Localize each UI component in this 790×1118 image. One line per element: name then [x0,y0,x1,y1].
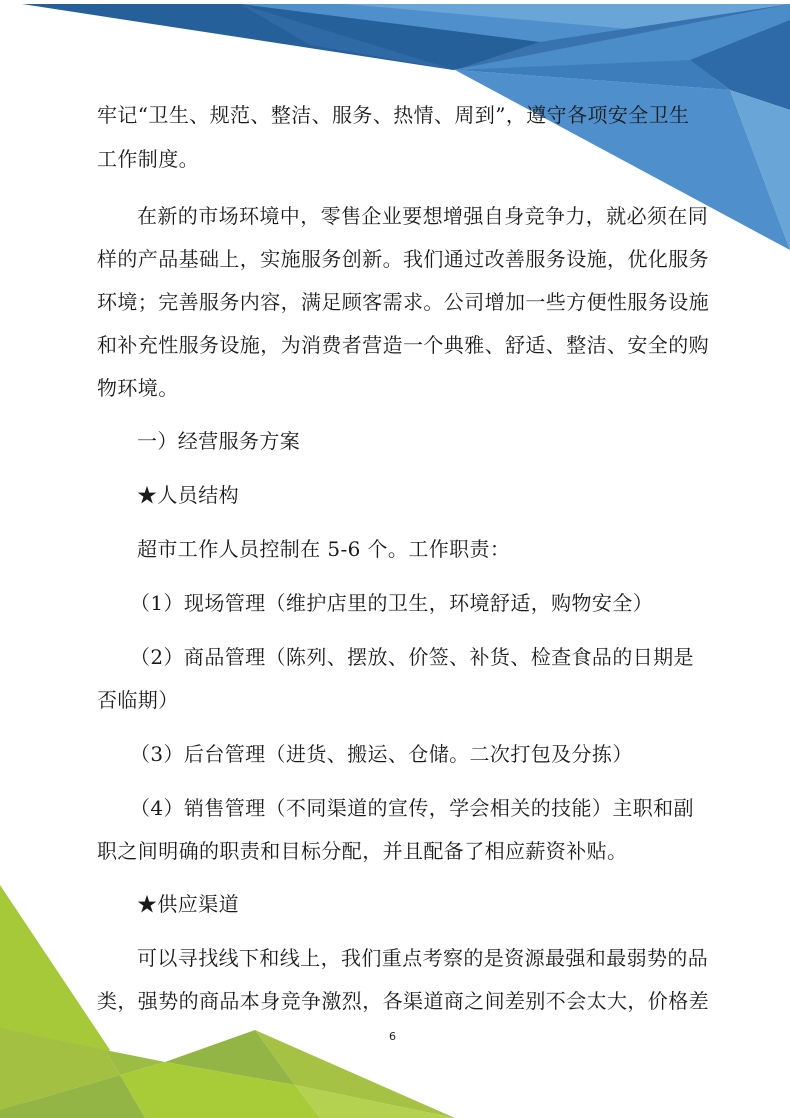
list-item-1: （1）现场管理（维护店里的卫生，环境舒适，购物安全） [130,590,653,616]
text-line-1: 牢记“卫生、规范、整洁、服务、热情、周到”，遵守各项安全卫生 [97,102,689,128]
text-line-4: 样的产品基础上，实施服务创新。我们通过改善服务设施，优化服务 [97,246,709,272]
page-number: 6 [389,1030,396,1043]
text-line-staff-count: 超市工作人员控制在 5-6 个。工作职责： [137,536,510,562]
subheading-staff-structure: ★人员结构 [137,482,239,508]
subheading-supply-channels: ★供应渠道 [137,891,239,917]
text-line-supply-1: 可以寻找线下和线上，我们重点考察的是资源最强和最弱势的品 [137,945,708,971]
document-page: 牢记“卫生、规范、整洁、服务、热情、周到”，遵守各项安全卫生 工作制度。 在新的… [0,0,790,1118]
list-item-3: （3）后台管理（进货、搬运、仓储。二次打包及分拣） [130,741,633,767]
list-item-4-cont: 职之间明确的职责和目标分配，并且配备了相应薪资补贴。 [97,838,627,864]
list-item-2: （2）商品管理（陈列、摆放、价签、补货、检查食品的日期是 [130,644,694,670]
text-line-3: 在新的市场环境中，零售企业要想增强自身竞争力，就必须在同 [137,203,708,229]
text-line-5: 环境；完善服务内容，满足顾客需求。公司增加一些方便性服务设施 [97,289,709,315]
section-heading-operations: 一）经营服务方案 [137,428,300,454]
text-line-7: 物环境。 [97,375,179,401]
list-item-4: （4）销售管理（不同渠道的宣传，学会相关的技能）主职和副 [130,795,694,821]
list-item-2-cont: 否临期） [97,687,179,713]
text-line-supply-2: 类，强势的商品本身竞争激烈，各渠道商之间差别不会太大，价格差 [97,988,709,1014]
text-line-2: 工作制度。 [97,146,199,172]
text-line-6: 和补充性服务设施，为消费者营造一个典雅、舒适、整洁、安全的购 [97,332,709,358]
